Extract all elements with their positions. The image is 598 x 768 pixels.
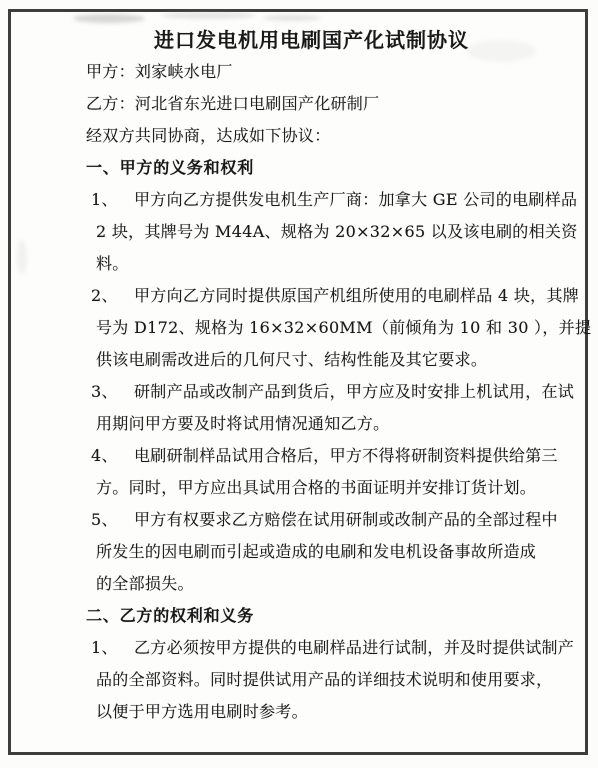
- document-title: 进口发电机用电刷国产化试制协议: [86, 26, 537, 54]
- list-item-line: 品的全部资料。同时提供试用产品的详细技术说明和使用要求，: [86, 664, 537, 696]
- document-border-frame: 进口发电机用电刷国产化试制协议 甲方：刘家峡水电厂 乙方：河北省东光进口电刷国产…: [8, 9, 588, 755]
- list-item-line: 供该电刷需改进后的几何尺寸、结构性能及其它要求。: [86, 344, 537, 376]
- list-item-line: 所发生的因电刷而引起或造成的电刷和发电机设备事故所造成: [86, 536, 537, 568]
- item-number: 1、: [91, 632, 134, 664]
- section-1-heading: 一、甲方的义务和权利: [86, 152, 537, 184]
- list-item-line: 料。: [86, 248, 537, 280]
- item-number: 2、: [91, 280, 134, 312]
- list-item-line: 用期问甲方要及时将试用情况通知乙方。: [86, 408, 537, 440]
- list-item-line: 以便于甲方选用电刷时参考。: [86, 696, 537, 728]
- list-item-line: 4、电刷研制样品试用合格后，甲方不得将研制资料提供给第三: [86, 440, 537, 472]
- document-content: 进口发电机用电刷国产化试制协议 甲方：刘家峡水电厂 乙方：河北省东光进口电刷国产…: [86, 26, 537, 728]
- list-item-line: 1、甲方向乙方提供发电机生产厂商：加拿大 GE 公司的电刷样品: [86, 184, 537, 216]
- item-number: 4、: [91, 440, 134, 472]
- item-text: 乙方必须按甲方提供的电刷样品进行试制，并及时提供试制产: [134, 638, 574, 657]
- party-a-line: 甲方：刘家峡水电厂: [86, 56, 537, 88]
- preamble-line: 经双方共同协商，达成如下协议：: [86, 120, 537, 152]
- item-number: 5、: [91, 504, 134, 536]
- item-text: 甲方有权要求乙方赔偿在试用研制或改制产品的全部过程中: [134, 510, 558, 529]
- scan-artifact: [161, 12, 256, 19]
- item-number: 3、: [91, 376, 134, 408]
- list-item-line: 1、乙方必须按甲方提供的电刷样品进行试制，并及时提供试制产: [86, 632, 537, 664]
- scanned-document-page: 进口发电机用电刷国产化试制协议 甲方：刘家峡水电厂 乙方：河北省东光进口电刷国产…: [0, 0, 598, 768]
- scan-artifact: [263, 15, 321, 21]
- item-text: 甲方向乙方提供发电机生产厂商：加拿大 GE 公司的电刷样品: [134, 190, 577, 209]
- item-text: 甲方向乙方同时提供原国产机组所使用的电刷样品 4 块，其牌: [134, 286, 579, 305]
- scan-artifact: [17, 240, 27, 274]
- item-text: 电刷研制样品试用合格后，甲方不得将研制资料提供给第三: [134, 446, 558, 465]
- item-number: 1、: [91, 184, 134, 216]
- section-2-heading: 二、乙方的权利和义务: [86, 600, 537, 632]
- list-item-line: 3、研制产品或改制产品到货后，甲方应及时安排上机试用，在试: [86, 376, 537, 408]
- list-item-line: 2、甲方向乙方同时提供原国产机组所使用的电刷样品 4 块，其牌: [86, 280, 537, 312]
- list-item-line: 2 块，其牌号为 M44A、规格为 20×32×65 以及该电刷的相关资: [86, 216, 537, 248]
- list-item-line: 的全部损失。: [86, 568, 537, 600]
- party-b-line: 乙方：河北省东光进口电刷国产化研制厂: [86, 88, 537, 120]
- list-item-line: 5、甲方有权要求乙方赔偿在试用研制或改制产品的全部过程中: [86, 504, 537, 536]
- item-text: 研制产品或改制产品到货后，甲方应及时安排上机试用，在试: [134, 382, 574, 401]
- scan-artifact: [73, 14, 145, 23]
- list-item-line: 号为 D172、规格为 16×32×60MM（前倾角为 10 和 30 ），并提: [86, 312, 537, 344]
- list-item-line: 方。同时，甲方应出具试用合格的书面证明并安排订货计划。: [86, 472, 537, 504]
